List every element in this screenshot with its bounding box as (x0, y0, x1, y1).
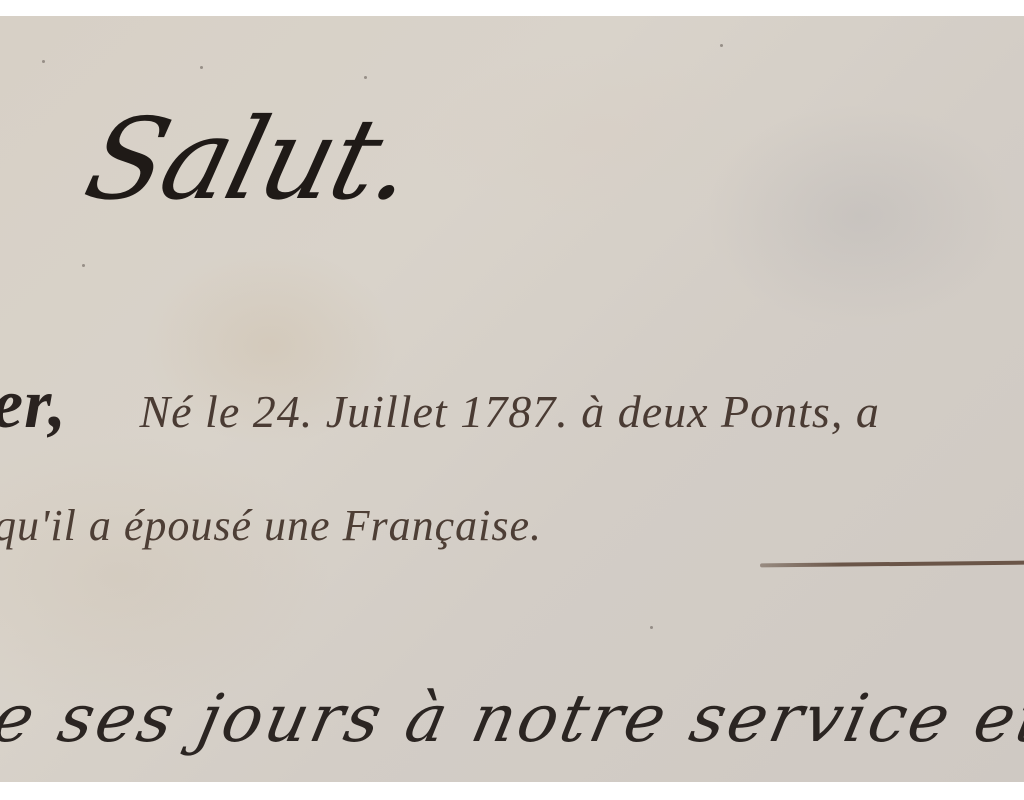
birth-line-prefix: er, (0, 366, 67, 443)
paper-fleck (42, 60, 45, 63)
paper-fleck (720, 44, 723, 47)
paper-fleck (82, 264, 85, 267)
marriage-line: qu'il a épousé une Française. (0, 500, 542, 551)
salutation-heading: Salut. (74, 95, 426, 225)
paper-fleck (200, 66, 203, 69)
service-line: e ses jours à notre service et (0, 680, 1024, 757)
paper-fleck (364, 76, 367, 79)
birth-line: er, Né le 24. Juillet 1787. à deux Ponts… (0, 365, 880, 445)
birth-line-text: Né le 24. Juillet 1787. à deux Ponts, a (139, 386, 879, 437)
paper-fleck (650, 626, 653, 629)
